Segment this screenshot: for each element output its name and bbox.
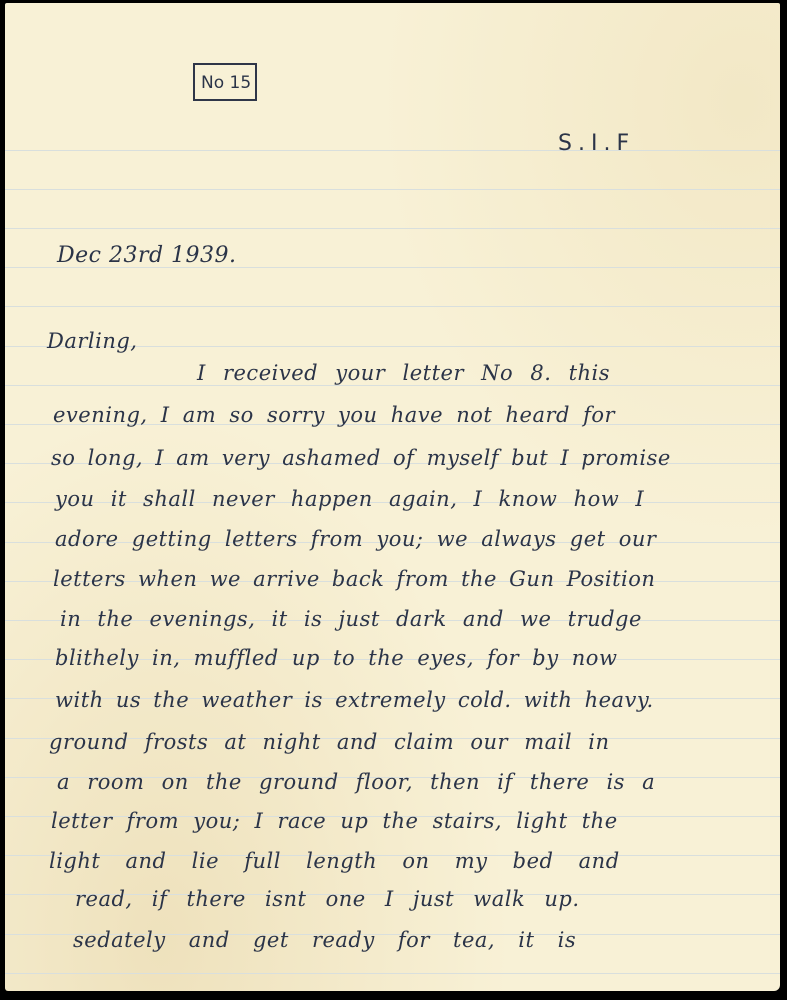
salutation: Darling,: [47, 329, 137, 353]
body-line: adore getting letters from you; we alway…: [55, 527, 656, 551]
body-line: I received your letter No 8. this: [197, 361, 610, 385]
ruled-line: [5, 228, 780, 229]
body-line: read, if there isnt one I just walk up.: [75, 887, 580, 911]
ruled-line: [5, 385, 780, 386]
letter-number-box: No 15: [193, 63, 257, 101]
ruled-line: [5, 973, 780, 974]
sender-mark: S.I.F: [558, 131, 635, 156]
ruled-line: [5, 306, 780, 307]
ruled-line: [5, 150, 780, 151]
body-line: letter from you; I race up the stairs, l…: [51, 809, 618, 833]
body-line: letters when we arrive back from the Gun…: [53, 567, 655, 591]
ruled-line: [5, 189, 780, 190]
body-line: ground frosts at night and claim our mai…: [49, 730, 610, 754]
letter-page: No 15 S.I.F Dec 23rd 1939. Darling, I re…: [5, 3, 780, 991]
body-line: in the evenings, it is just dark and we …: [60, 607, 642, 631]
body-line: a room on the ground floor, then if ther…: [57, 770, 655, 794]
body-line: light and lie full length on my bed and: [49, 849, 620, 873]
body-line: so long, I am very ashamed of myself but…: [51, 446, 671, 470]
body-line: blithely in, muffled up to the eyes, for…: [55, 646, 617, 670]
body-line: you it shall never happen again, I know …: [55, 487, 644, 511]
letter-date: Dec 23rd 1939.: [57, 243, 237, 268]
body-line: sedately and get ready for tea, it is: [73, 928, 576, 952]
body-line: evening, I am so sorry you have not hear…: [53, 403, 615, 427]
body-line: with us the weather is extremely cold. w…: [55, 688, 654, 712]
letter-number: No 15: [201, 73, 251, 93]
